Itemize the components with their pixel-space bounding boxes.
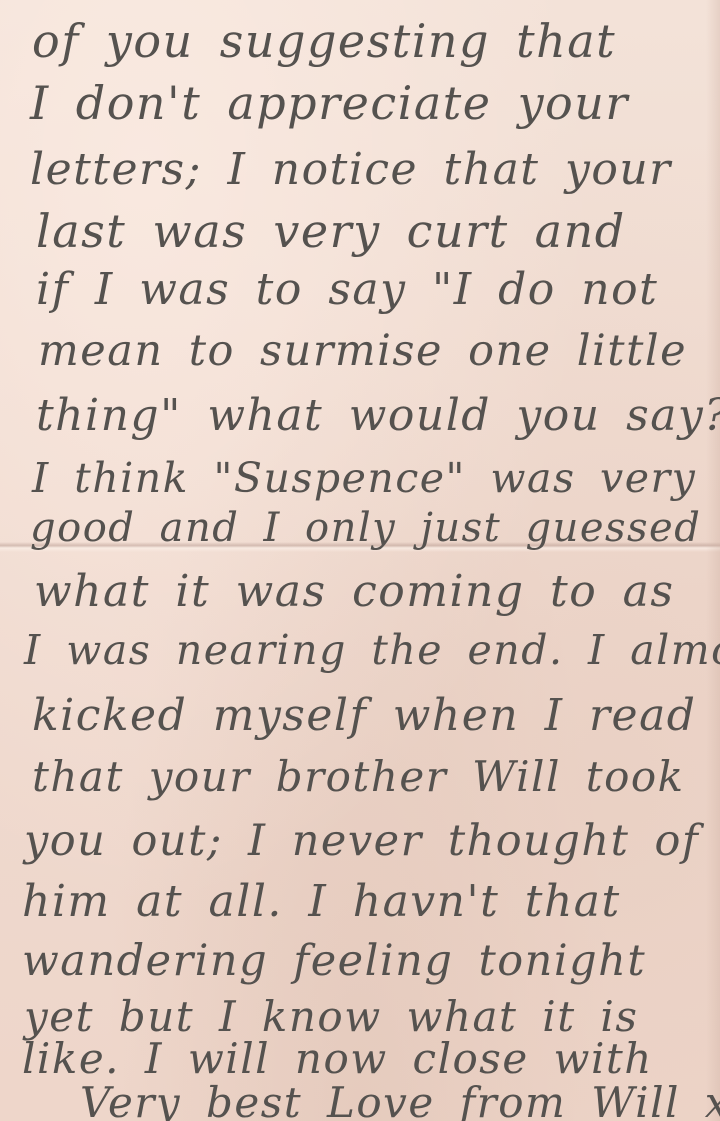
letter-line: wandering feeling tonight	[22, 940, 646, 983]
letter-line: that your brother Will took	[32, 756, 685, 798]
letter-line: what it was coming to as	[34, 570, 675, 614]
letter-line: good and I only just guessed	[30, 508, 701, 548]
letter-signoff: Very best Love from Will xx	[80, 1082, 720, 1121]
letter-line: you out; I never thought of	[24, 820, 699, 863]
letter-line: like. I will now close with	[22, 1038, 653, 1080]
letter-line: yet but I know what it is	[24, 996, 638, 1038]
letter-line: mean to surmise one little	[38, 330, 687, 373]
letter-line: last was very curt and	[36, 208, 626, 254]
letter-line: I don't appreciate your	[30, 80, 629, 126]
letter-line: letters; I notice that your	[30, 148, 672, 192]
letter-line: kicked myself when I read	[32, 694, 696, 738]
letter-line: if I was to say "I do not	[36, 268, 658, 312]
letter-body: of you suggesting that I don't appreciat…	[0, 0, 720, 1121]
letter-line: thing" what would you say?	[36, 394, 720, 438]
letter-line: of you suggesting that	[32, 18, 616, 64]
letter-line: I was nearing the end. I almost	[24, 630, 720, 671]
letter-line: I think "Suspence" was very	[32, 458, 696, 499]
letter-line: him at all. I havn't that	[22, 880, 621, 924]
